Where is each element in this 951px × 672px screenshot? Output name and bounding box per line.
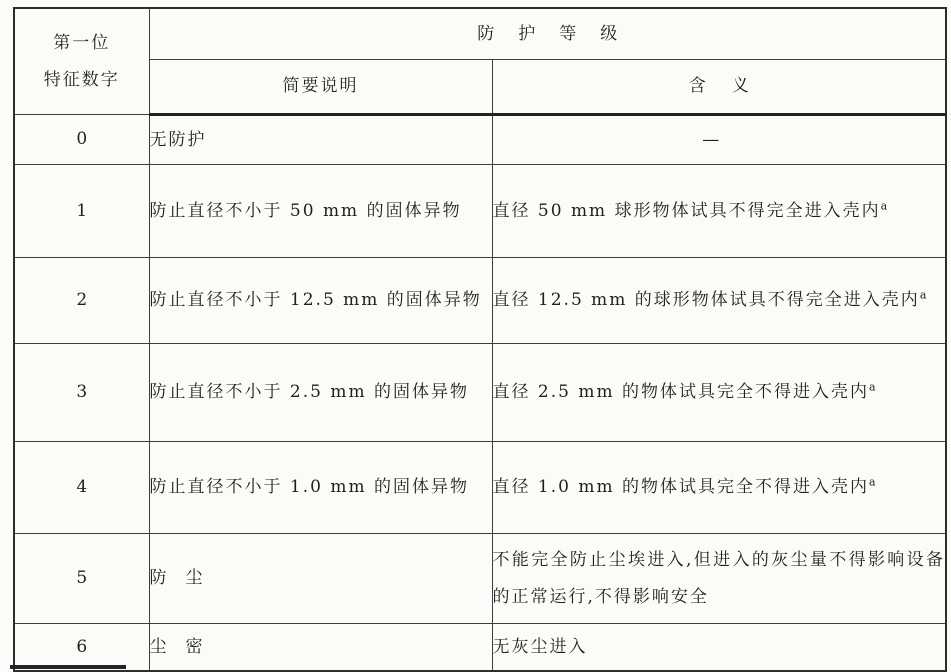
digit-cell: 3 bbox=[14, 344, 149, 442]
digit-cell: 1 bbox=[14, 165, 149, 258]
meaning-text: 直径 1.0 mm 的物体试具完全不得进入壳内 bbox=[493, 477, 870, 497]
document-page: 第一位 特征数字 防护等级 简要说明 含义 0 无防护 — 1 防止直径不小于 … bbox=[0, 0, 951, 672]
meaning-text: 直径 2.5 mm 的物体试具完全不得进入壳内 bbox=[493, 382, 870, 402]
digit-cell: 0 bbox=[14, 115, 149, 165]
digit-cell: 4 bbox=[14, 442, 149, 534]
description-cell: 防止直径不小于 1.0 mm 的固体异物 bbox=[149, 442, 492, 534]
header-first-digit-line2: 特征数字 bbox=[15, 62, 149, 99]
meaning-cell: 直径 50 mm 球形物体试具不得完全进入壳内a bbox=[492, 165, 946, 258]
table-row: 6 尘密 无灰尘进入 bbox=[14, 624, 946, 672]
footnote-marker: a bbox=[869, 475, 876, 488]
header-first-digit-line1: 第一位 bbox=[15, 25, 149, 62]
digit-cell: 2 bbox=[14, 258, 149, 344]
table-row: 0 无防护 — bbox=[14, 115, 946, 165]
header-cell-meaning: 含义 bbox=[492, 60, 946, 115]
table-row: 5 防尘 不能完全防止尘埃进入,但进入的灰尘量不得影响设备的正常运行,不得影响安… bbox=[14, 534, 946, 624]
header-row-1: 第一位 特征数字 防护等级 bbox=[14, 8, 946, 60]
table-row: 4 防止直径不小于 1.0 mm 的固体异物 直径 1.0 mm 的物体试具完全… bbox=[14, 442, 946, 534]
meaning-cell: 直径 1.0 mm 的物体试具完全不得进入壳内a bbox=[492, 442, 946, 534]
meaning-text: 直径 12.5 mm 的球形物体试具不得完全进入壳内 bbox=[493, 290, 920, 310]
table-row: 2 防止直径不小于 12.5 mm 的固体异物 直径 12.5 mm 的球形物体… bbox=[14, 258, 946, 344]
table-row: 1 防止直径不小于 50 mm 的固体异物 直径 50 mm 球形物体试具不得完… bbox=[14, 165, 946, 258]
meaning-cell: 不能完全防止尘埃进入,但进入的灰尘量不得影响设备的正常运行,不得影响安全 bbox=[492, 534, 946, 624]
description-cell: 无防护 bbox=[149, 115, 492, 165]
description-cell: 防止直径不小于 50 mm 的固体异物 bbox=[149, 165, 492, 258]
meaning-cell: 直径 2.5 mm 的物体试具完全不得进入壳内a bbox=[492, 344, 946, 442]
meaning-text: 无灰尘进入 bbox=[493, 637, 588, 657]
footnote-separator-rule bbox=[10, 665, 126, 669]
header-cell-brief-description: 简要说明 bbox=[149, 60, 492, 115]
footnote-marker: a bbox=[869, 380, 876, 393]
description-cell: 尘密 bbox=[149, 624, 492, 672]
meaning-cell: 直径 12.5 mm 的球形物体试具不得完全进入壳内a bbox=[492, 258, 946, 344]
meaning-text: — bbox=[702, 130, 719, 150]
header-row-2: 简要说明 含义 bbox=[14, 60, 946, 115]
description-cell: 防止直径不小于 12.5 mm 的固体异物 bbox=[149, 258, 492, 344]
meaning-text: 直径 50 mm 球形物体试具不得完全进入壳内 bbox=[493, 201, 881, 221]
meaning-cell: — bbox=[492, 115, 946, 165]
header-cell-first-digit: 第一位 特征数字 bbox=[14, 8, 149, 115]
table-row: 3 防止直径不小于 2.5 mm 的固体异物 直径 2.5 mm 的物体试具完全… bbox=[14, 344, 946, 442]
ip-first-digit-table: 第一位 特征数字 防护等级 简要说明 含义 0 无防护 — 1 防止直径不小于 … bbox=[13, 7, 947, 672]
digit-cell: 6 bbox=[14, 624, 149, 672]
digit-cell: 5 bbox=[14, 534, 149, 624]
meaning-text: 不能完全防止尘埃进入,但进入的灰尘量不得影响设备的正常运行,不得影响安全 bbox=[493, 550, 946, 607]
header-cell-protection-level: 防护等级 bbox=[149, 8, 946, 60]
description-cell: 防止直径不小于 2.5 mm 的固体异物 bbox=[149, 344, 492, 442]
footnote-marker: a bbox=[920, 288, 927, 301]
footnote-marker: a bbox=[881, 199, 888, 212]
description-cell: 防尘 bbox=[149, 534, 492, 624]
meaning-cell: 无灰尘进入 bbox=[492, 624, 946, 672]
